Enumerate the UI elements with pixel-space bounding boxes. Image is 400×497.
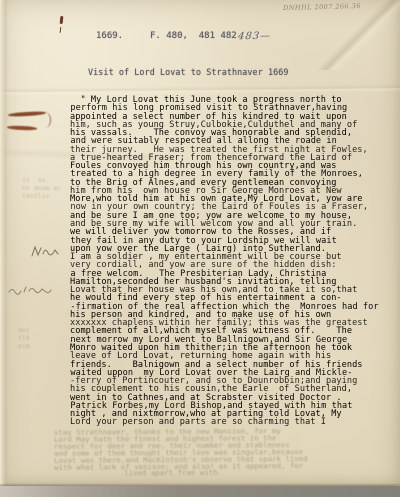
margin-annotation-pencil xyxy=(30,244,60,260)
typed-body-text: " My Lord Lovat this June took a progres… xyxy=(70,96,378,427)
year-label: 1669. xyxy=(96,31,123,41)
margin-bleed-smudge: it sv. nv anum ar tavtliv xyxy=(22,176,62,201)
body-line: him, such as young Struy,Culbokie,Culdut… xyxy=(70,121,378,129)
page-refs-typed: F. 480, 481 482 xyxy=(150,31,237,41)
body-line: Patrick Forbes,my Lord Bishop,and stayed… xyxy=(70,402,378,410)
body-line: leave of Lord Lovat, returning home agai… xyxy=(70,352,378,360)
body-line: a free welcom. The Presbiterian Lady, Ch… xyxy=(70,270,378,278)
body-line-struck: xxxxxxx chaplens within her family; this… xyxy=(70,319,378,327)
page-ref-handwritten: 483— xyxy=(237,31,272,43)
rust-mark-curve xyxy=(40,112,51,128)
margin-annotation-pencil xyxy=(7,283,53,297)
body-line: his couplement to his cousin,the Earle o… xyxy=(70,385,378,393)
margin-bleed-smudge: aoi tlk eim xyxy=(18,326,30,350)
body-line: treated to a high degree in every family… xyxy=(70,170,378,178)
paper-left-edge xyxy=(0,0,8,497)
body-line: now in your own country; the Laird of Fo… xyxy=(70,203,378,211)
body-line: next morrow my Lord went to Ballnigown,a… xyxy=(70,336,378,344)
body-line: Lord your person and parts are so charmi… xyxy=(70,418,378,426)
bleedthrough-text: stay Strathnaver, thanks to the new Mans… xyxy=(54,428,308,478)
body-line: they fail in any duty to your Lordship w… xyxy=(70,237,378,245)
document-title: Visit of Lord Lovat to Strathnaver 1669 xyxy=(88,67,289,77)
body-line: perform his long promised visit to Strat… xyxy=(70,104,378,112)
body-line: Lovat that her house was his own,and to … xyxy=(70,286,378,294)
body-line: him from his own house ro Sir George Mon… xyxy=(70,187,378,195)
scan-background-strip xyxy=(0,486,400,497)
scanned-document-page: { "archive_note": "DNHHL 2007.266.36", "… xyxy=(0,0,400,497)
body-line: a true-hearted Fraser; from thenceforwar… xyxy=(70,154,378,162)
body-line: and be sure my wife will welcom yow and … xyxy=(70,220,378,228)
body-line: -firmation of the real affection which t… xyxy=(70,303,378,311)
